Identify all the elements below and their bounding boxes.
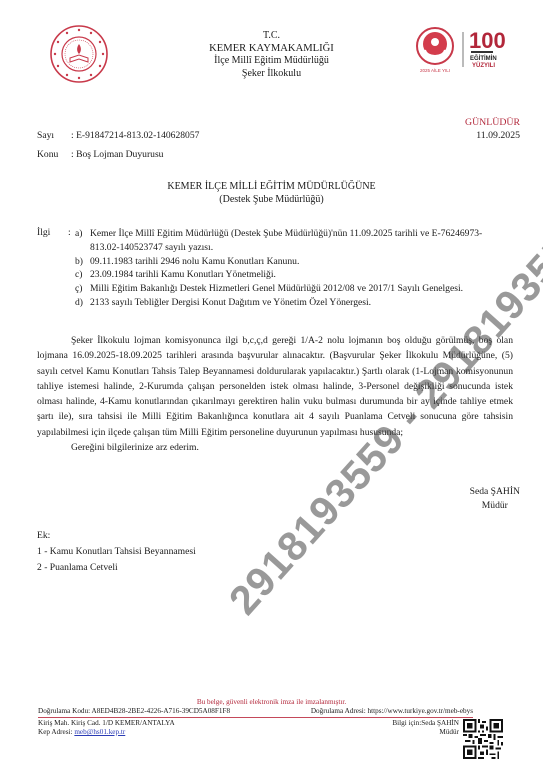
attachment-item[interactable]: 2 - Puanlama Cetveli bbox=[37, 560, 196, 576]
info-title: Müdür bbox=[392, 728, 459, 737]
sayi-label: Sayı bbox=[37, 130, 71, 142]
header-school: Şeker İlkokulu bbox=[0, 68, 543, 81]
ilgi-key: ç) bbox=[75, 282, 90, 296]
ilgi-text: Milli Eğitim Bakanlığı Destek Hizmetleri… bbox=[90, 282, 522, 296]
institution-header: T.C. KEMER KAYMAKAMLIĞI İlçe Millî Eğiti… bbox=[0, 30, 543, 80]
ilgi-item: ç) Milli Eğitim Bakanlığı Destek Hizmetl… bbox=[75, 282, 522, 296]
ilgi-key: c) bbox=[75, 268, 90, 282]
signer-title: Müdür bbox=[470, 499, 520, 513]
signer-name: Seda ŞAHİN bbox=[470, 485, 520, 499]
ilgi-list: : a) Kemer İlçe Millî Eğitim Müdürlüğü (… bbox=[72, 227, 522, 310]
signature-block: Seda ŞAHİN Müdür bbox=[470, 485, 520, 512]
ilgi-text: Kemer İlçe Millî Eğitim Müdürlüğü (Deste… bbox=[90, 227, 522, 255]
urgency-badge: GÜNLÜDÜR bbox=[465, 117, 520, 130]
document-date: 11.09.2025 bbox=[476, 130, 520, 143]
addressee-line2: (Destek Şube Müdürlüğü) bbox=[0, 193, 543, 206]
attachments-label: Ek: bbox=[37, 528, 196, 544]
footer-info-block: Bilgi için:Seda ŞAHİN Müdür bbox=[392, 719, 459, 737]
header-tc: T.C. bbox=[0, 30, 543, 43]
ilgi-text: 23.09.1984 tarihli Kamu Konutları Yönetm… bbox=[90, 268, 522, 282]
ilgi-key: a) bbox=[75, 227, 90, 255]
esign-notice: Bu belge, güvenli elektronik imza ile im… bbox=[0, 698, 543, 707]
ilgi-text: 09.11.1983 tarihli 2946 nolu Kamu Konutl… bbox=[90, 255, 522, 269]
info-contact: Bilgi için:Seda ŞAHİN bbox=[392, 719, 459, 728]
ilgi-item: d) 2133 sayılı Tebliğler Dergisi Konut D… bbox=[75, 296, 522, 310]
konu-value: : Boş Lojman Duyurusu bbox=[71, 149, 163, 161]
ilgi-key: d) bbox=[75, 296, 90, 310]
ilgi-item: b) 09.11.1983 tarihli 2946 nolu Kamu Kon… bbox=[75, 255, 522, 269]
kep-label: Kep Adresi: bbox=[38, 728, 74, 736]
attachment-item[interactable]: 1 - Kamu Konutları Tahsisi Beyannamesi bbox=[37, 544, 196, 560]
ilgi-colon: : bbox=[68, 227, 71, 239]
ilgi-text: 2133 sayılı Tebliğler Dergisi Konut Dağı… bbox=[90, 296, 522, 310]
ilgi-key: b) bbox=[75, 255, 90, 269]
ilgi-item: c) 23.09.1984 tarihli Kamu Konutları Yön… bbox=[75, 268, 522, 282]
ilgi-label: İlgi bbox=[37, 227, 50, 239]
header-directorate: İlçe Millî Eğitim Müdürlüğü bbox=[0, 55, 543, 68]
sayi-value: : E-91847214-813.02-140628057 bbox=[71, 130, 199, 142]
body-closing: Gereğini bilgilerinize arz ederim. bbox=[37, 440, 513, 455]
verification-address[interactable]: Doğrulama Adresi: https://www.turkiye.go… bbox=[311, 707, 473, 716]
header-kaymakamlik: KEMER KAYMAKAMLIĞI bbox=[0, 43, 543, 56]
addressee: KEMER İLÇE MİLLİ EĞİTİM MÜDÜRLÜĞÜNE (Des… bbox=[0, 180, 543, 206]
addressee-line1: KEMER İLÇE MİLLİ EĞİTİM MÜDÜRLÜĞÜNE bbox=[0, 180, 543, 193]
ilgi-item: a) Kemer İlçe Millî Eğitim Müdürlüğü (De… bbox=[75, 227, 522, 255]
konu-label: Konu bbox=[37, 149, 71, 161]
attachments: Ek: 1 - Kamu Konutları Tahsisi Beyanname… bbox=[37, 528, 196, 576]
qr-code-icon bbox=[463, 719, 503, 759]
